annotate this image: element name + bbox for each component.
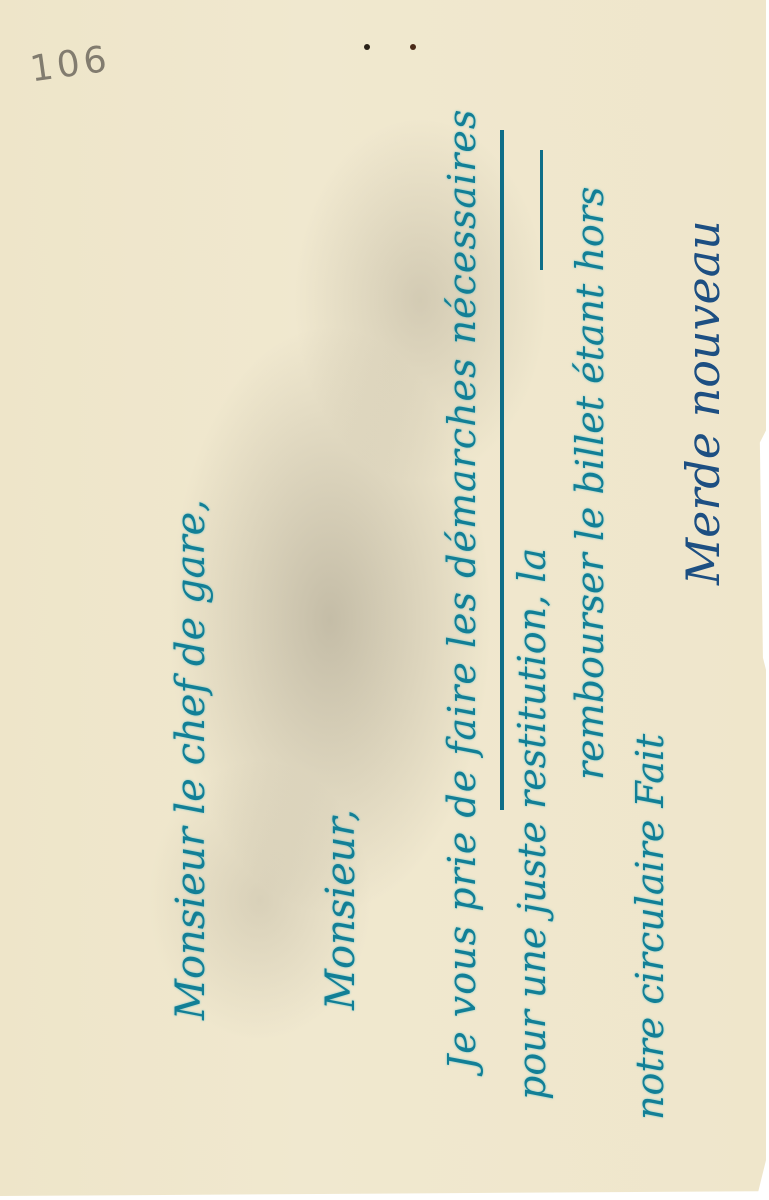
punch-hole — [364, 44, 370, 50]
punch-hole — [410, 44, 416, 50]
greeting-line: Monsieur, — [318, 809, 364, 1010]
strikethrough-line — [540, 150, 543, 270]
body-line-2: pour une juste restitution, la — [510, 548, 554, 1100]
body-line-3: rembourser le billet étant hors — [568, 187, 612, 780]
strikethrough-line — [500, 130, 504, 810]
body-line-1: Je vous prie de faire les démarches néce… — [440, 109, 484, 1070]
signature: Merde nouveau — [676, 220, 730, 585]
body-line-4: notre circulaire Fait — [628, 734, 672, 1120]
salutation-line: Monsieur le chef de gare, — [168, 499, 214, 1020]
